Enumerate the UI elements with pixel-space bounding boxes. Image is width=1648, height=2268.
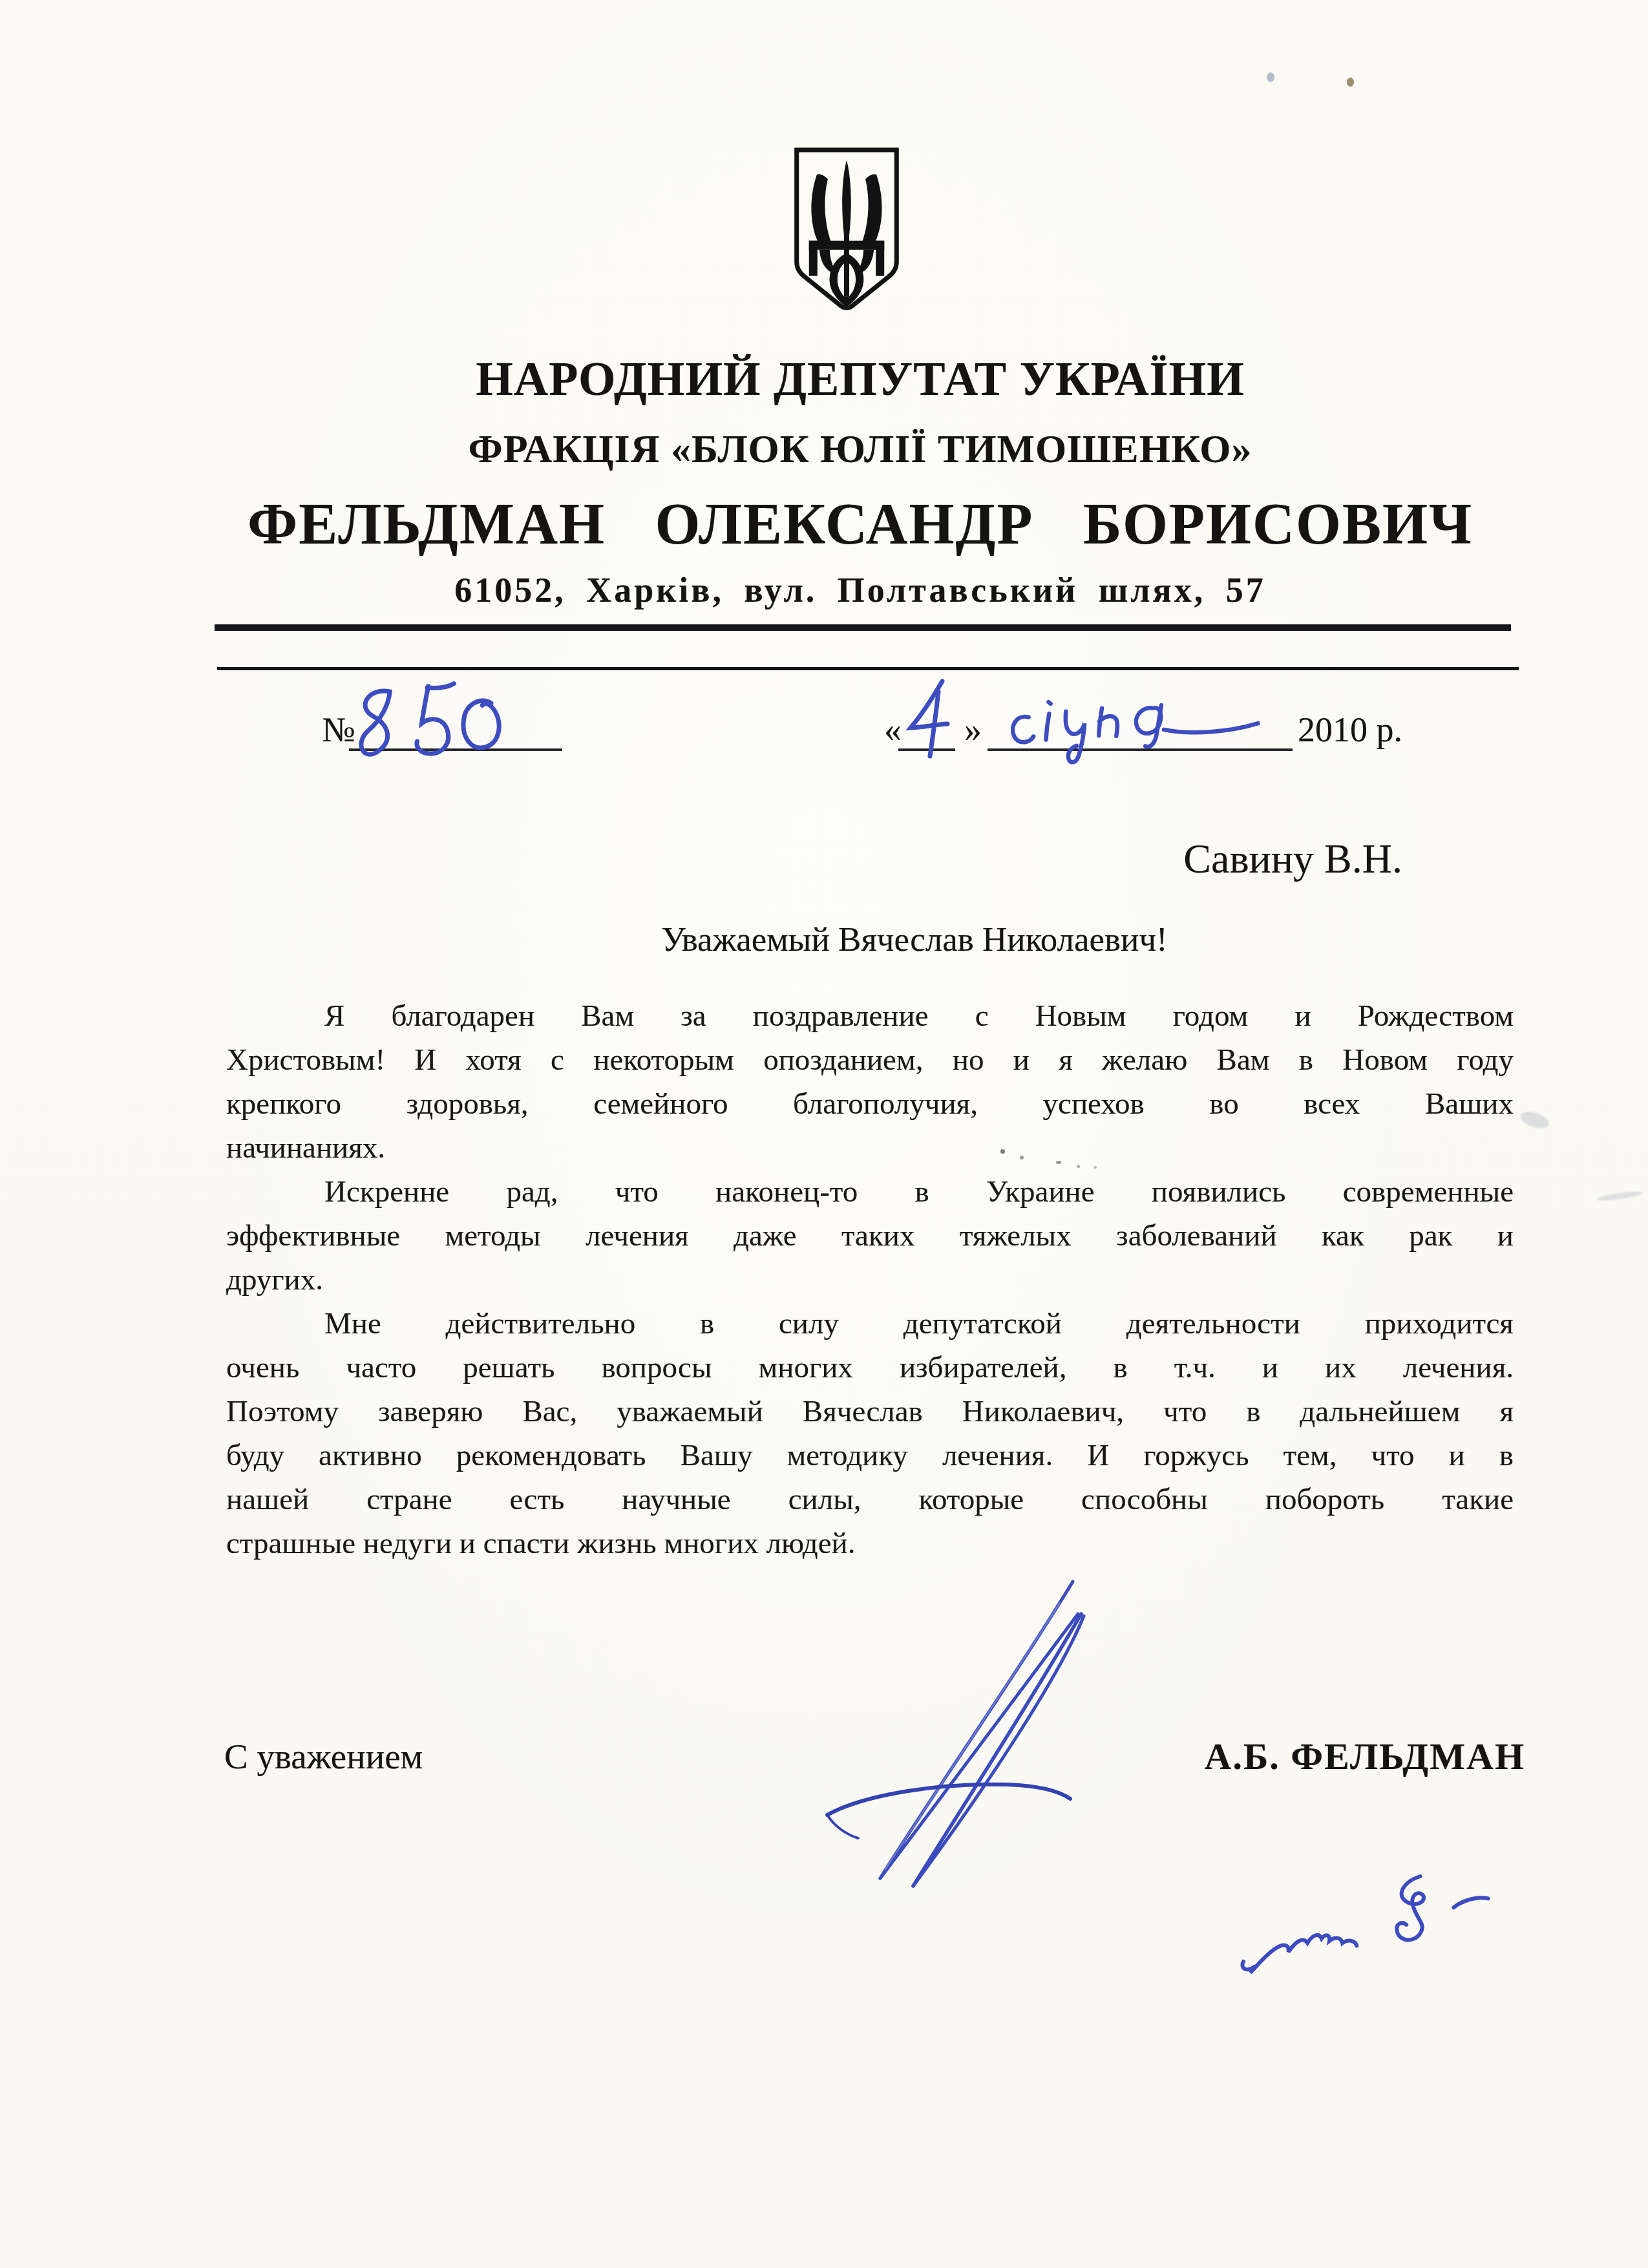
letter-page: НАРОДНИЙ ДЕПУТАТ УКРАЇНИ ФРАКЦІЯ «БЛОК Ю…: [0, 0, 1648, 2268]
letterhead-address: 61052, Харків, вул. Полтавський шлях, 57: [0, 570, 1648, 610]
corner-note-ink: [1225, 1861, 1506, 1984]
letterhead-faction: ФРАКЦІЯ «БЛОК ЮЛІЇ ТИМОШЕНКО»: [0, 427, 1648, 472]
letterhead-title: НАРОДНИЙ ДЕПУТАТ УКРАЇНИ: [0, 352, 1648, 407]
scan-dot: [1077, 1165, 1080, 1168]
handwritten-day: [900, 676, 971, 760]
body-line: Христовым! И хотя с некоторым опозданием…: [226, 1038, 1514, 1082]
scan-speck: [1347, 78, 1354, 87]
ukraine-trident-emblem-icon: [787, 143, 906, 315]
body-line: других.: [226, 1258, 1514, 1302]
recipient-name: Савину В.Н.: [1183, 835, 1402, 883]
closing-left: С уважением: [224, 1736, 423, 1777]
closing-right: А.Б. ФЕЛЬДМАН: [1205, 1735, 1525, 1778]
date-year: 2010 р.: [1298, 710, 1402, 750]
body-line: Мне действительно в силу депутатской дея…: [226, 1302, 1514, 1346]
horizontal-rule-thin: [217, 667, 1519, 670]
body-line: очень часто решать вопросы многих избира…: [226, 1346, 1514, 1390]
scan-dot: [1056, 1161, 1061, 1164]
body-line: Я благодарен Вам за поздравление с Новым…: [226, 994, 1514, 1038]
body-line: страшные недуги и спасти жизнь многих лю…: [226, 1521, 1514, 1565]
scan-smudge: [1596, 1190, 1643, 1202]
handwritten-number: [350, 679, 531, 759]
body-line: эффективные методы лечения даже таких тя…: [226, 1214, 1514, 1258]
body-line: буду активно рекомендовать Вашу методику…: [226, 1434, 1514, 1478]
scan-dot: [1020, 1156, 1024, 1160]
scan-smudge: [1519, 1108, 1552, 1131]
date-quote-open: «: [884, 710, 902, 750]
letterhead-deputy-name: ФЕЛЬДМАН ОЛЕКСАНДР БОРИСОВИЧ: [0, 491, 1648, 558]
scan-speck: [1267, 72, 1274, 82]
body-lines: Я благодарен Вам за поздравление с Новым…: [226, 994, 1514, 1565]
body-line: начинаниях.: [226, 1126, 1514, 1170]
body-line: крепкого здоровья, семейного благополучи…: [226, 1082, 1514, 1126]
salutation: Уважаемый Вячеслав Николаевич!: [0, 920, 1648, 959]
horizontal-rule-thick: [215, 624, 1511, 631]
body-line: нашей стране есть научные силы, которые …: [226, 1478, 1514, 1521]
body-line: Искренне рад, что наконец-то в Украине п…: [226, 1170, 1514, 1214]
scan-dot: [1000, 1149, 1005, 1154]
scan-dot: [1093, 1166, 1097, 1169]
signature-ink: [801, 1564, 1105, 1900]
handwritten-month: [1000, 673, 1298, 764]
body-line: Поэтому заверяю Вас, уважаемый Вячеслав …: [226, 1390, 1514, 1434]
